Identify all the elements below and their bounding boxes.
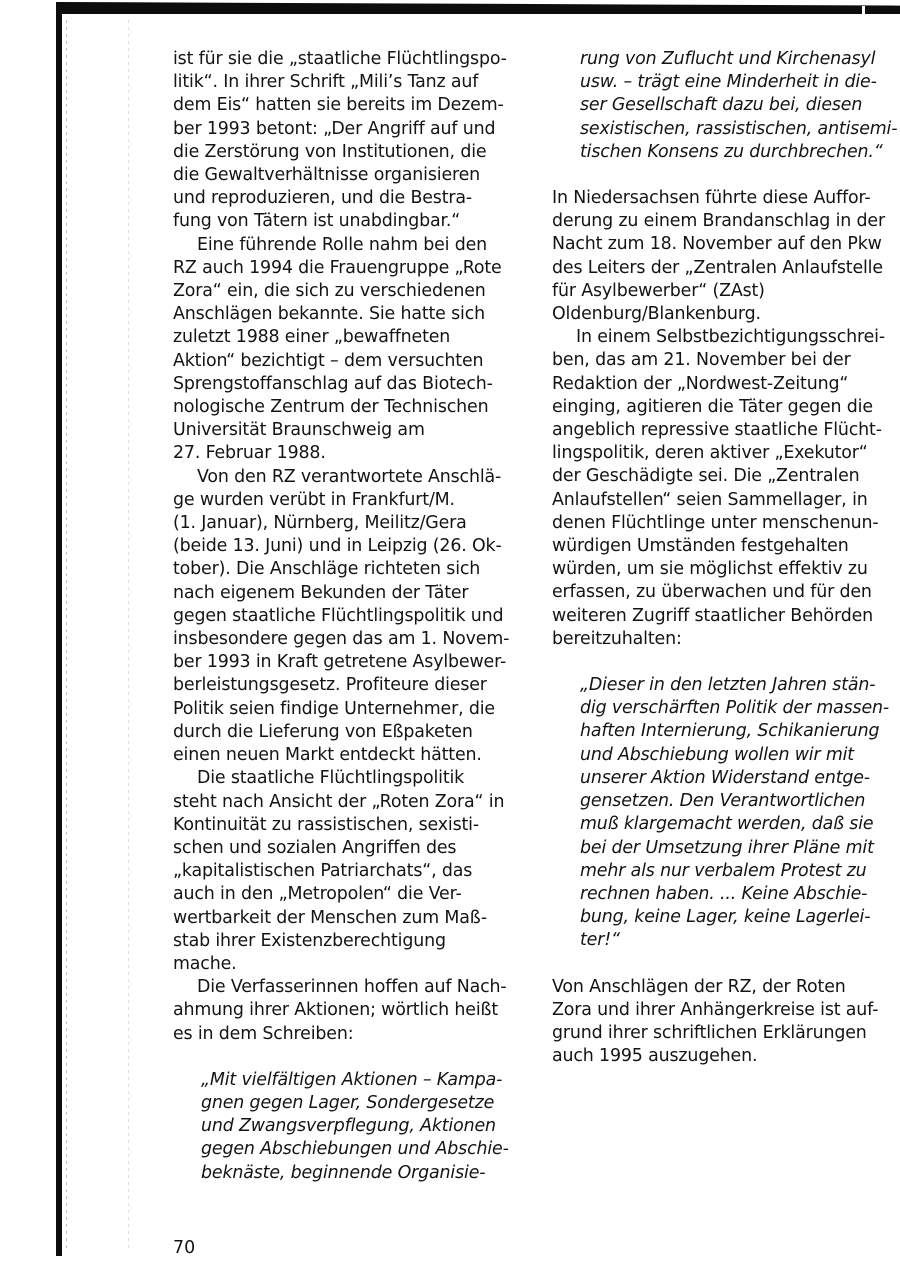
text-line: 27. Februar 1988.	[173, 442, 533, 465]
quote-line: gensetzen. Den Verantwortlichen	[552, 790, 892, 813]
text-line: Oldenburg/Blankenburg.	[552, 303, 892, 326]
scan-top-border	[58, 2, 900, 14]
quote-line: „Dieser in den letzten Jahren stän-	[552, 674, 892, 697]
text-line: nach eigenem Bekunden der Täter	[173, 582, 533, 605]
text-line: ber 1993 in Kraft getretene Asylbewer-	[173, 651, 533, 674]
text-line: Redaktion der „Nordwest-Zeitung“	[552, 373, 892, 396]
text-line: lingspolitik, deren aktiver „Exekutor“	[552, 442, 892, 465]
quote-line: ser Gesellschaft dazu bei, diesen	[552, 94, 892, 117]
text-line: Politik seien findige Unternehmer, die	[173, 698, 533, 721]
text-line: einging, agitieren die Täter gegen die	[552, 396, 892, 419]
paragraph-gap	[552, 164, 892, 187]
quote-line: ter!“	[552, 929, 892, 952]
quote-line: sexistischen, rassistischen, antisemi-	[552, 118, 892, 141]
right-text-column: rung von Zuflucht und Kirchenasylusw. – …	[552, 48, 892, 1068]
quote-line: muß klargemacht werden, daß sie	[552, 813, 892, 836]
quote-line: bung, keine Lager, keine Lagerlei-	[552, 906, 892, 929]
text-line: zuletzt 1988 einer „bewaffneten	[173, 326, 533, 349]
quote-line: haften Internierung, Schikanierung	[552, 720, 892, 743]
quote-line: und Zwangsverpflegung, Aktionen	[173, 1115, 533, 1138]
quote-line: mehr als nur verbalem Protest zu	[552, 860, 892, 883]
text-line: für Asylbewerber“ (ZAst)	[552, 280, 892, 303]
left-text-column: ist für sie die „staatliche Flüchtlingsp…	[173, 48, 533, 1185]
text-line: Zora“ ein, die sich zu verschiedenen	[173, 280, 533, 303]
quote-line: beknäste, beginnende Organisie-	[173, 1162, 533, 1185]
text-line: Aktion“ bezichtigt – dem versuchten	[173, 350, 533, 373]
text-line: nologische Zentrum der Technischen	[173, 396, 533, 419]
quote-line: usw. – trägt eine Minderheit in die-	[552, 71, 892, 94]
text-line: ber 1993 betont: „Der Angriff auf und	[173, 118, 533, 141]
text-line: litik“. In ihrer Schrift „Mili’s Tanz au…	[173, 71, 533, 94]
text-line: Die Verfasserinnen hoffen auf Nach-	[173, 976, 533, 999]
text-line: mache.	[173, 953, 533, 976]
text-line: schen und sozialen Angriffen des	[173, 837, 533, 860]
quote-line: rung von Zuflucht und Kirchenasyl	[552, 48, 892, 71]
quote-line: bei der Umsetzung ihrer Pläne mit	[552, 837, 892, 860]
text-line: stab ihrer Existenzberechtigung	[173, 930, 533, 953]
text-line: Universität Braunschweig am	[173, 419, 533, 442]
text-line: weiteren Zugriff staatlicher Behörden	[552, 605, 892, 628]
text-line: Nacht zum 18. November auf den Pkw	[552, 233, 892, 256]
text-line: würdigen Umständen festgehalten	[552, 535, 892, 558]
text-line: erfassen, zu überwachen und für den	[552, 581, 892, 604]
text-line: Zora und ihrer Anhängerkreise ist auf-	[552, 999, 892, 1022]
text-line: tober). Die Anschläge richteten sich	[173, 558, 533, 581]
text-line: Sprengstoffanschlag auf das Biotech-	[173, 373, 533, 396]
text-line: einen neuen Markt entdeckt hätten.	[173, 744, 533, 767]
text-line: würden, um sie möglichst effektiv zu	[552, 558, 892, 581]
scan-left-border	[56, 2, 62, 1256]
text-line: (beide 13. Juni) und in Leipzig (26. Ok-	[173, 535, 533, 558]
text-line: Kontinuität zu rassistischen, sexisti-	[173, 814, 533, 837]
text-line: Anlaufstellen“ seien Sammellager, in	[552, 489, 892, 512]
text-line: „kapitalistischen Patriarchats“, das	[173, 860, 533, 883]
text-line: (1. Januar), Nürnberg, Meilitz/Gera	[173, 512, 533, 535]
text-line: es in dem Schreiben:	[173, 1023, 533, 1046]
text-line: Von den RZ verantwortete Anschlä-	[173, 466, 533, 489]
scan-binding-dots	[66, 20, 67, 1250]
paragraph-gap	[552, 651, 892, 674]
text-line: grund ihrer schriftlichen Erklärungen	[552, 1022, 892, 1045]
text-line: ist für sie die „staatliche Flüchtlingsp…	[173, 48, 533, 71]
text-line: die Gewaltverhältnisse organisieren	[173, 164, 533, 187]
text-line: ben, das am 21. November bei der	[552, 349, 892, 372]
quote-line: unserer Aktion Widerstand entge-	[552, 767, 892, 790]
paragraph-gap	[173, 1046, 533, 1069]
text-line: auch in den „Metropolen“ die Ver-	[173, 883, 533, 906]
text-line: die Zerstörung von Institutionen, die	[173, 141, 533, 164]
quote-line: dig verschärften Politik der massen-	[552, 697, 892, 720]
quote-line: gnen gegen Lager, Sondergesetze	[173, 1092, 533, 1115]
scan-border-notch	[862, 6, 865, 18]
scan-binding-dots	[128, 20, 129, 1250]
text-line: bereitzuhalten:	[552, 628, 892, 651]
text-line: Eine führende Rolle nahm bei den	[173, 234, 533, 257]
text-line: der Geschädigte sei. Die „Zentralen	[552, 465, 892, 488]
text-line: steht nach Ansicht der „Roten Zora“ in	[173, 791, 533, 814]
text-line: ge wurden verübt in Frankfurt/M.	[173, 489, 533, 512]
text-line: auch 1995 auszugehen.	[552, 1045, 892, 1068]
text-line: In Niedersachsen führte diese Auffor-	[552, 187, 892, 210]
text-line: fung von Tätern ist unabdingbar.“	[173, 210, 533, 233]
quote-line: rechnen haben. ... Keine Abschie-	[552, 883, 892, 906]
text-line: Von Anschlägen der RZ, der Roten	[552, 976, 892, 999]
text-line: derung zu einem Brandanschlag in der	[552, 210, 892, 233]
quote-line: „Mit vielfältigen Aktionen – Kampa-	[173, 1069, 533, 1092]
text-line: In einem Selbstbezichtigungsschrei-	[552, 326, 892, 349]
text-line: angeblich repressive staatliche Flücht-	[552, 419, 892, 442]
quote-line: gegen Abschiebungen und Abschie-	[173, 1138, 533, 1161]
text-line: dem Eis“ hatten sie bereits im Dezem-	[173, 94, 533, 117]
text-line: des Leiters der „Zentralen Anlaufstelle	[552, 257, 892, 280]
text-line: ahmung ihrer Aktionen; wörtlich heißt	[173, 999, 533, 1022]
text-line: berleistungsgesetz. Profiteure dieser	[173, 674, 533, 697]
text-line: denen Flüchtlinge unter menschenun-	[552, 512, 892, 535]
text-line: wertbarkeit der Menschen zum Maß-	[173, 907, 533, 930]
text-line: Die staatliche Flüchtlingspolitik	[173, 767, 533, 790]
page-number: 70	[173, 1237, 195, 1260]
text-line: Anschlägen bekannte. Sie hatte sich	[173, 303, 533, 326]
text-line: durch die Lieferung von Eßpaketen	[173, 721, 533, 744]
text-line: insbesondere gegen das am 1. Novem-	[173, 628, 533, 651]
text-line: RZ auch 1994 die Frauengruppe „Rote	[173, 257, 533, 280]
quote-line: und Abschiebung wollen wir mit	[552, 744, 892, 767]
text-line: gegen staatliche Flüchtlingspolitik und	[173, 605, 533, 628]
text-line: und reproduzieren, und die Bestra-	[173, 187, 533, 210]
quote-line: tischen Konsens zu durchbrechen.“	[552, 141, 892, 164]
paragraph-gap	[552, 953, 892, 976]
